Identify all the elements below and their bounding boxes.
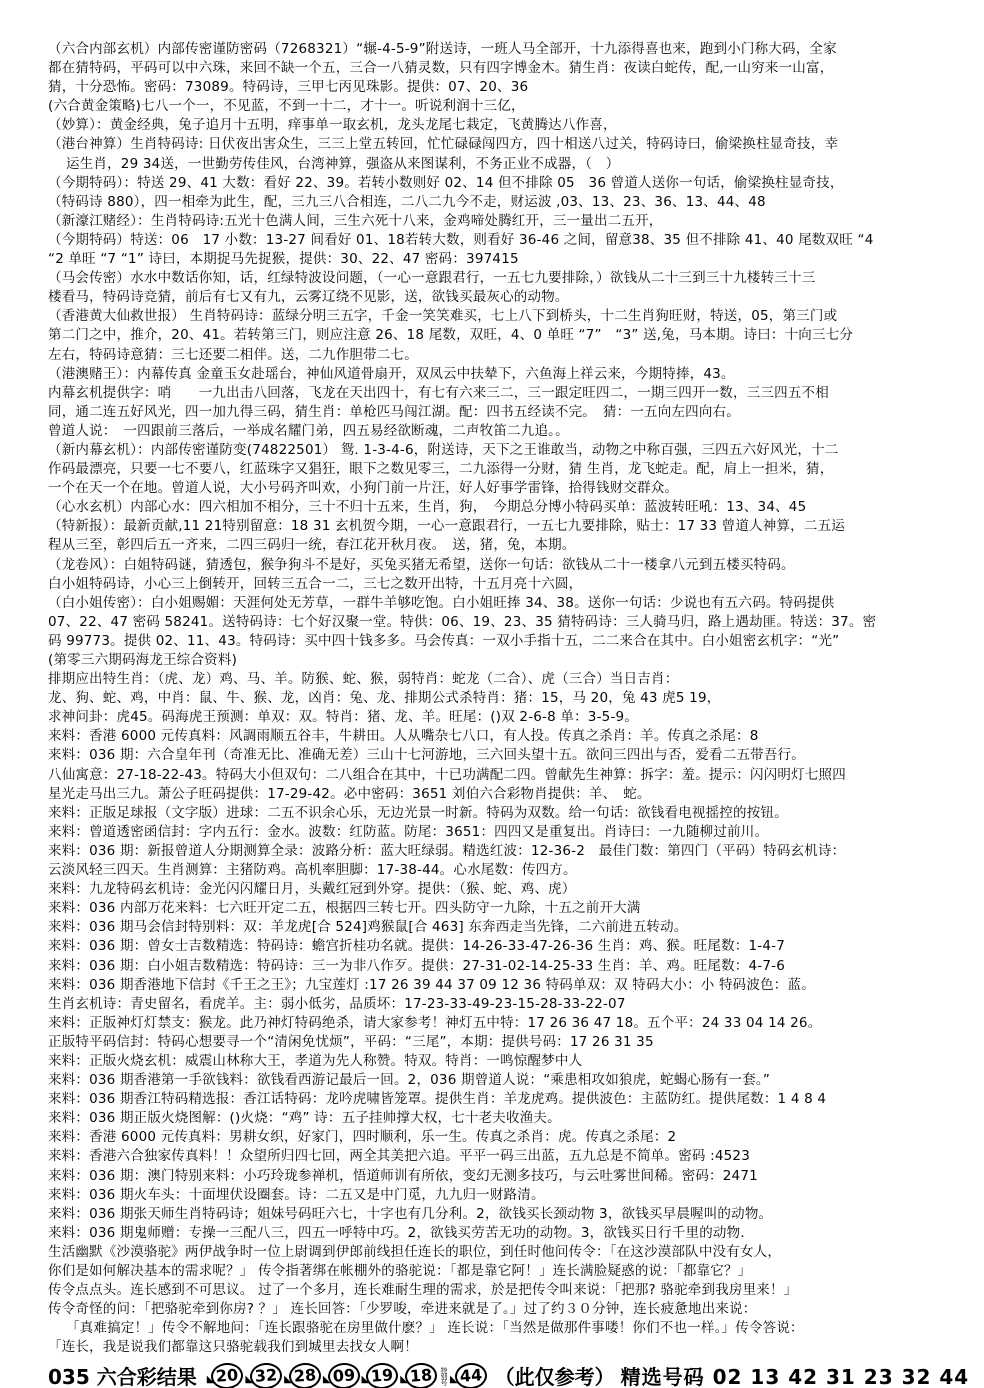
drawn-number: ◣20	[207, 1363, 244, 1388]
special-number-label: 特别号	[440, 1367, 447, 1385]
drawn-numbers: ◣20◣32◣28◣09◣19◣18特别号◣44	[207, 1363, 487, 1388]
text-line: 来料：036 内部万花来料：七六旺开定二五，根据四三转七开。四头防守一九除，十五…	[48, 899, 956, 918]
special-number: ◣44	[450, 1363, 487, 1388]
text-line: 生活幽默《沙漠骆驼》两伊战争时一位上尉调到伊郎前线担任连长的职位，到任时他问传令…	[48, 1243, 956, 1262]
text-line: 来料：036 期张天师生肖特码诗；姐妹号码旺六七，十字也有几分利。2，欲钱买长颈…	[48, 1205, 956, 1224]
text-line: 来料：036 期正版火烧图解：()火烧：“鸡” 诗：五子挂帅撑大权，七十老夫收渔…	[48, 1109, 956, 1128]
text-line: （新濠江赌经）：生肖特码诗:五光十色满人间，三生六死十八来，金鸡啼处腾红开，三一…	[48, 212, 956, 231]
result-period-label: 035 六合彩结果	[48, 1361, 197, 1388]
text-line: （龙卷风）：白姐特码谜，猜透包，猴争狗斗不是好，买兔买猪无希望，送你一句话：欲钱…	[48, 556, 956, 575]
text-line: 来料：曾道透密函信封：字内五行：金水。波数：红防蓝。防尾：3651：四四又是重复…	[48, 823, 956, 842]
drawn-number: ◣18	[400, 1363, 437, 1388]
text-line: 来料：036 期：白小姐吉数精选：特码诗：三一为非八作歹。提供：27-31-02…	[48, 957, 956, 976]
text-line: （妙算）：黄金经典，兔子追月十五明，痒事单一取玄机，龙头龙尾七栽定，飞黄腾达八作…	[48, 116, 956, 135]
text-line: 来料：香港 6000 元传真料：男耕女织，好家门，四时顺利，乐一生。传真之杀肖：…	[48, 1128, 956, 1147]
result-line: 035 六合彩结果 ◣20◣32◣28◣09◣19◣18特别号◣44 （此仅参考…	[48, 1361, 956, 1388]
text-line: 来料：036 期香港地下信封《千王之王》；九宝莲灯 :17 26 39 44 3…	[48, 976, 956, 995]
text-line: （今期特码）：特送 29、41 大数：看好 22、39。若转小数则好 02、14…	[48, 174, 956, 193]
text-line: 来料：香港六合独家传真料！！众望所归四七回，两全其美把六追。平平一码三出蓝，五九…	[48, 1147, 956, 1166]
text-line: （心水玄机）内部心水：四六相加不相分，三十不归十五来，生肖，狗， 今期总分博小特…	[48, 498, 956, 517]
result-note: （此仅参考）	[495, 1361, 615, 1388]
number-circle: 09	[327, 1362, 361, 1388]
text-line: 来料：正版神灯灯禁支：猴龙。此乃神灯特码绝杀，请大家参考！神灯五中特：17 26…	[48, 1014, 956, 1033]
text-line: 来料：036 期香港第一手欲钱料：欲钱看西游记最后一回。2，036 期曾道人说：…	[48, 1071, 956, 1090]
text-line: 来料：036 期：六合皇年刊（奇准无比、准确无差）三山十七河游地，三六回头望十五…	[48, 746, 956, 765]
selected-numbers-label: 精选号码 02 13 42 31 23 32 44	[621, 1361, 970, 1388]
text-line: 云淡风轻三四天。生肖测算：主猪防鸡。高机率胆脚：17-38-44。心水尾数：传四…	[48, 861, 956, 880]
text-line: 来料：正版足球报（文字版）进球：二五不识余心乐，无边光景一时新。特码为双数。给一…	[48, 804, 956, 823]
text-line: 运生肖，29 34送，一世勤劳传佳风，台湾神算，强盗从来图谋利，不务正业不成器，…	[48, 155, 956, 174]
text-line: 生肖玄机诗：青史留名，看虎羊。主：弱小低劣，品质坏：17-23-33-49-23…	[48, 995, 956, 1014]
text-line: 排期应出特生肖：（虎、龙）鸡、马、羊。防猴、蛇、猴，弱特肖：蛇龙（二合）、虎（三…	[48, 670, 956, 689]
text-line: 「真难搞定！」传令不解地问：「连长跟骆驼在房里做什麽？」 连长说：「当然是做那件…	[48, 1319, 956, 1338]
text-line: 来料：036 期：曾女士吉数精选：特码诗：蟾宫折桂功名就。提供：14-26-33…	[48, 937, 956, 956]
text-line: 来料：036 期：新报曾道人分期测算全录：波路分析：蓝大旺绿弱。精选红波：12-…	[48, 842, 956, 861]
text-line: 程从三至，彰四后五一齐来，二四三码归一统，春江花开秋月夜。 送，猪，兔，本期。	[48, 536, 956, 555]
text-line: 左右，特码诗意猜：三七还要二相伴。送，二九作胆带二七。	[48, 346, 956, 365]
text-line: 传令点点头。连长感到不可思议。 过了一个多月，连长难耐生理的需求，於是把传令叫来…	[48, 1281, 956, 1300]
text-line: （马会传密）水水中数话你知，话，红绿特波设问题，（一心一意跟君行，一五七九要排除…	[48, 269, 956, 288]
text-line: 来料：036 期：澳门特别来料：小巧玲珑参禅机，悟道师训有所依，变幻无测多技巧，…	[48, 1167, 956, 1186]
text-line: 来料：036 期鬼师赠：专操一三配八三，四五一呼特中巧。2，欲钱买劳苦无功的动物…	[48, 1224, 956, 1243]
text-line: 猜，十分恐怖。密码：73089。特码诗，三甲七丙见珠影。提供：07、20、36	[48, 78, 956, 97]
drawn-number: ◣28	[284, 1363, 321, 1388]
text-line: （六合内部玄机）内部传密谨防密码（7268321）“辗-4-5-9”附送诗，一班…	[48, 40, 956, 59]
text-line: “2 单旺 “7 “1” 诗曰，本期捉马先捉猴，提供：30、22、47 密码：3…	[48, 250, 956, 269]
text-line: 龙、狗、蛇、鸡，中肖：鼠、牛、猴、龙，凶肖：兔、龙、排期公式杀特肖：猪：15，马…	[48, 689, 956, 708]
text-line: （香港黄大仙救世报） 生肖特码诗：蓝绿分明三五字，千金一笑笑难买，七上八下到桥头…	[48, 307, 956, 326]
text-line: （特码诗 880），四一相牵为此生，配，三九三八合相连，二八二九今不走，财运波 …	[48, 193, 956, 212]
text-line: 正版特平码信封：特码心想要寻一个“清闲免忧烦”，平码：“三尾”，本期：提供号码：…	[48, 1033, 956, 1052]
text-line: 来料：036 期马会信封特别料：双：羊龙虎[合 524]鸡猴鼠[合 463] 东…	[48, 918, 956, 937]
text-line: 你们是如何解决基本的需求呢？」 传令指著绑在帐棚外的骆驼说：「都是靠它阿！」连长…	[48, 1262, 956, 1281]
text-line: 来料：036 期火车头：十面埋伏设圈套。诗：二五又是中门觅，九九归一财路清。	[48, 1186, 956, 1205]
text-line: 「连长，我是说我们都靠这只骆驼载我们到城里去找女人啊！	[48, 1338, 956, 1357]
text-line: （白小姐传密）：白小姐赐媚：天涯何处无芳草，一群牛羊够吃饱。白小姐旺捧 34、3…	[48, 594, 956, 613]
drawn-number: ◣09	[323, 1363, 360, 1388]
text-line: (六合黄金策略)七八一个一，不见蓝，不到一十二，才十一。听说利润十三亿，	[48, 97, 956, 116]
text-line: 星光走马出三九。萧公子旺码提供：17-29-42。必中密码：3651 刘伯六合彩…	[48, 785, 956, 804]
text-line: 都在猜特码，平码可以中六珠，来回不缺一个五，三合一八猜灵数，只有四字博金木。猜生…	[48, 59, 956, 78]
number-circle: 19	[365, 1362, 399, 1388]
text-line: 一个在天一个在地。曾道人说，大小号码齐叫欢，小狗门前一片汪，好人好事学雷锋，拾得…	[48, 479, 956, 498]
text-line: 内幕玄机提供字：哨 一九出击八回落，飞龙在天出四十，有七有六来三二，三一跟定旺四…	[48, 384, 956, 403]
number-circle: 44	[454, 1362, 488, 1388]
text-line: 曾道人说： 一四跟前三落后，一举成名耀门弟，四五易经欲断魂，二声牧笛二九追。。	[48, 422, 956, 441]
number-circle: 28	[288, 1362, 322, 1388]
text-line: 第二门之中，推介，20、41。若转第三门，则应注意 26、18 尾数，双旺，4、…	[48, 326, 956, 345]
text-line: 来料：香港 6000 元传真料：风調雨顺五谷丰，牛耕田。人从嘴杂七八口，有人投。…	[48, 727, 956, 746]
text-line: 同，通二连五好风光，四一加九得三码，猜生肖：单枪匹马闯江湖。配：四书五经读不完。…	[48, 403, 956, 422]
text-line: 求神问卦：虎45。码海虎王预测：单双：双。特肖：猪、龙、羊。旺尾：()双 2-6…	[48, 708, 956, 727]
text-line: 来料：九龙特码玄机诗：金光闪闪耀日月，头戴红冠到外穿。提供：（猴、蛇、鸡、虎）	[48, 880, 956, 899]
number-circle: 18	[404, 1362, 438, 1388]
text-body: （六合内部玄机）内部传密谨防密码（7268321）“辗-4-5-9”附送诗，一班…	[48, 40, 956, 1357]
number-circle: 32	[249, 1362, 283, 1388]
text-line: （特新报）：最新贡献,11 21特别留意：18 31 玄机贺今期，一心一意跟君行…	[48, 517, 956, 536]
text-line: （港澳赌王）：内幕传真 金童玉女赴瑶台，神仙风道骨扇开，双凤云中扶辇下，六鱼海上…	[48, 365, 956, 384]
text-line: 传令奇怪的问：「把骆驼牵到你房? ？」 连长回答：「少罗唆，牵进来就是了。」过了…	[48, 1300, 956, 1319]
text-line: 楼看马，特码诗竞猜，前后有七又有九，云雾辽绕不见影，送，欲钱买最灰心的动物。	[48, 288, 956, 307]
text-line: （新内幕玄机）：内部传密谨防变(74822501） 鸳. 1-3-4-6，附送诗…	[48, 441, 956, 460]
text-line: 白小姐特码诗，小心三上倒转开，回转三五合一二，三七之数开出特，十五月亮十六圆，	[48, 575, 956, 594]
text-line: （今期特码）特送：06 17 小数：13-27 间看好 01、18若转大数，则看…	[48, 231, 956, 250]
text-line: 来料：正版火烧玄机：威震山林称大王，孝道为先人称赞。特双。特肖：一鸣惊醒梦中人	[48, 1052, 956, 1071]
tipsheet-page: （六合内部玄机）内部传密谨防密码（7268321）“辗-4-5-9”附送诗，一班…	[0, 0, 984, 1388]
drawn-number: ◣19	[362, 1363, 399, 1388]
text-line: 来料：036 期香江特码精选报：香江话特码：龙吟虎啸皆笼罩。提供生肖：羊龙虎鸡。…	[48, 1090, 956, 1109]
selected-numbers: 02 13 42 31 23 32 44	[713, 1365, 970, 1388]
text-line: 07、22、47 密码 58241。送特码诗：七个好汉聚一堂。特供：06、19、…	[48, 613, 956, 632]
text-line: 作码最漂亮，只要一七不要八，红蓝珠字又猖狂，眼下之数见零三，二九添得一分财，猜 …	[48, 460, 956, 479]
text-line: 八仙寓意：27-18-22-43。特码大小但双句：二八组合在其中，十已功满配二四…	[48, 766, 956, 785]
drawn-number: ◣32	[245, 1363, 282, 1388]
text-line: （港台神算）生肖特码诗: 日伏夜出害众生，三三上堂五转回，忙忙碌碌闯四方，四十相…	[48, 135, 956, 154]
number-circle: 20	[211, 1362, 245, 1388]
text-line: (第零三六期码海龙王综合资料)	[48, 651, 956, 670]
text-line: 码 99773。提供 02、11、43。特码诗：买中四十钱多多。马会传真：一双小…	[48, 632, 956, 651]
